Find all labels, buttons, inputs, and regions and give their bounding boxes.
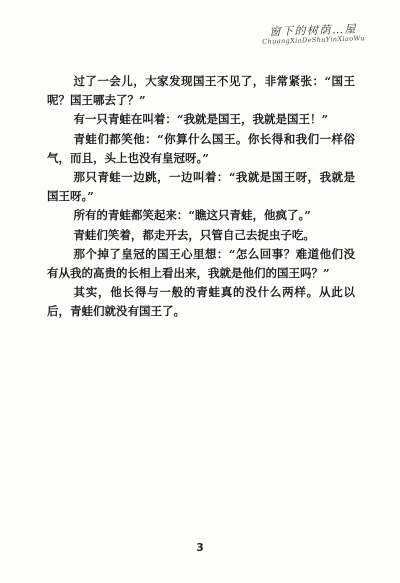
story-paragraph: 所有的青蛙都笑起来：“瞧这只青蛙，他疯了。” [47, 206, 355, 225]
story-paragraph: 过了一会儿，大家发现国王不见了，非常紧张：“国王呢？国王哪去了？” [47, 72, 355, 110]
watermark-romanized-text: ChuangXiaDeShuYinXiaoWu [262, 35, 365, 46]
publisher-watermark: 窗下的树荫…屋 ChuangXiaDeShuYinXiaoWu [262, 23, 365, 46]
page-number: 3 [0, 542, 400, 554]
story-text: 过了一会儿，大家发现国王不见了，非常紧张：“国王呢？国王哪去了？” 有一只青蛙在… [47, 72, 355, 322]
story-paragraph: 有一只青蛙在叫着：“我就是国王，我就是国王！” [47, 110, 355, 129]
story-paragraph: 青蛙们笑着，都走开去，只管自己去捉虫子吃。 [47, 226, 355, 245]
story-paragraph: 那只青蛙一边跳，一边叫着：“我就是国王呀，我就是国王呀。” [47, 168, 355, 206]
book-page: 窗下的树荫…屋 ChuangXiaDeShuYinXiaoWu 过了一会儿，大家… [0, 0, 400, 583]
story-paragraph: 青蛙们都笑他：“你算什么国王。你长得和我们一样俗气，而且，头上也没有皇冠呀。” [47, 130, 355, 168]
story-paragraph: 其实，他长得与一般的青蛙真的没什么两样。从此以后，青蛙们就没有国王了。 [47, 283, 355, 321]
story-paragraph: 那个掉了皇冠的国王心里想：“怎么回事？难道他们没有从我的高贵的长相上看出来，我就… [47, 245, 355, 283]
